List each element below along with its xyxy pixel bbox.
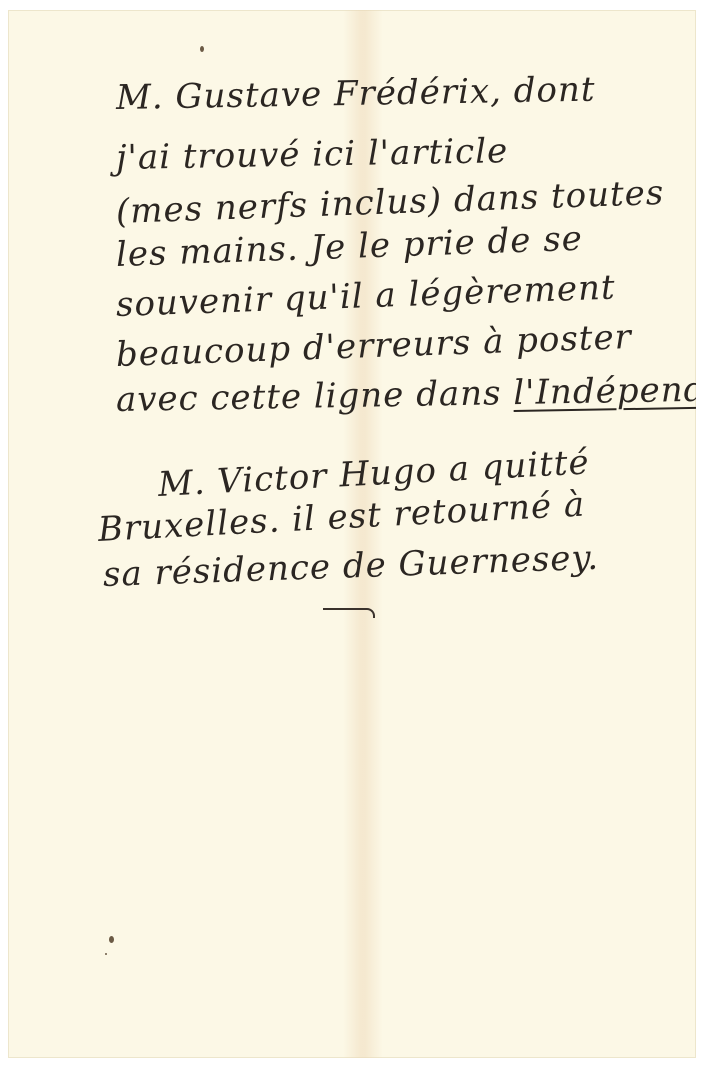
closing-flourish <box>323 608 375 618</box>
letter-page: M. Gustave Frédérix, dont j'ai trouvé ic… <box>8 10 696 1058</box>
handwritten-line: j'ai trouvé ici l'article <box>116 131 509 178</box>
underlined-newspaper-name: l'Indépendance <box>513 368 696 413</box>
handwritten-text: avec cette ligne dans <box>116 373 514 420</box>
handwritten-line: M. Gustave Frédérix, dont <box>116 70 596 118</box>
ink-speck <box>105 953 107 955</box>
handwritten-line: avec cette ligne dans l'Indépendance <box>116 368 696 420</box>
ink-speck <box>109 936 114 943</box>
handwritten-line: (mes nerfs inclus) dans toutes <box>115 173 665 232</box>
ink-speck <box>200 46 204 52</box>
